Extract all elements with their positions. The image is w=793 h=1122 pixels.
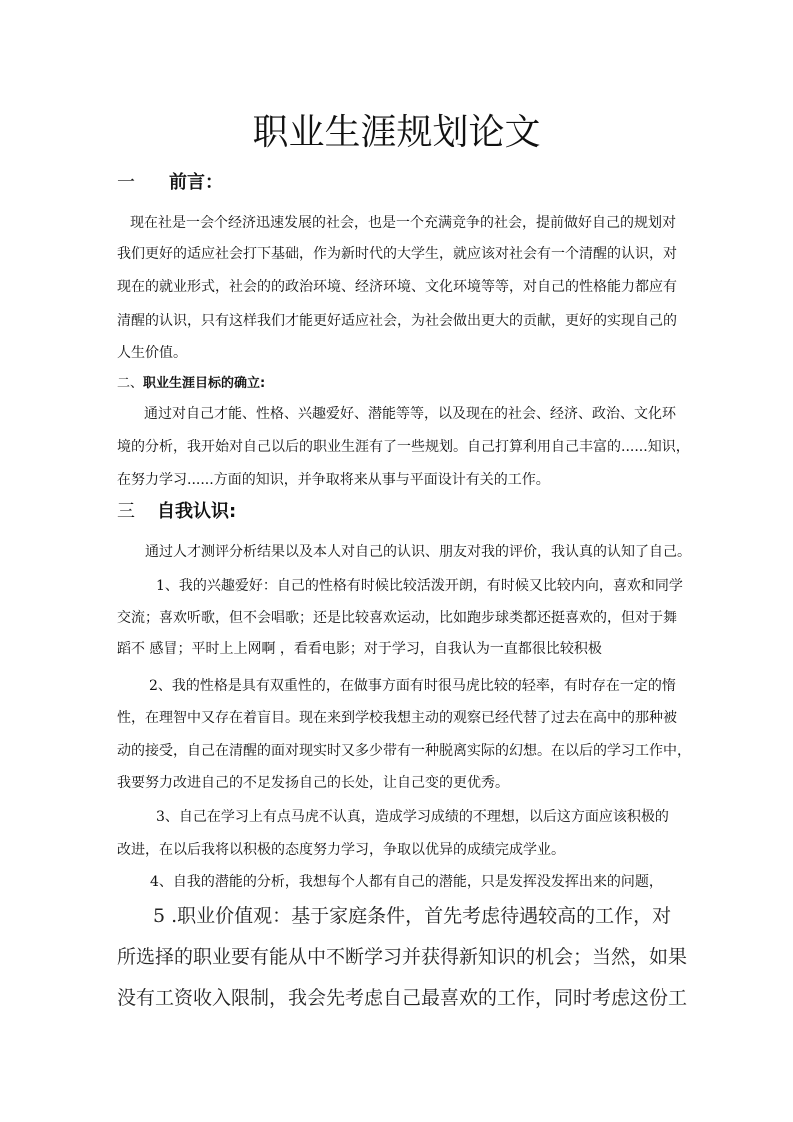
paragraph-line: 清醒的认识，只有这样我们才能更好适应社会，为社会做出更大的贡献，更好的实现自己的 [117, 312, 677, 330]
document-page: 职业生涯规划论文 一前言： 现在社是一会个经济迅速发展的社会，也是一个充满竞争的… [0, 0, 793, 1122]
list-item-line: 1、我的兴趣爱好：自己的性格有时候比较活泼开朗，有时候又比较内向，喜欢和同学 [156, 577, 716, 595]
paragraph-line: 人生价值。 [117, 344, 677, 362]
paragraph-line: 通过人才测评分析结果以及本人对自己的认识、朋友对我的评价，我认真的认知了自己。 [145, 543, 705, 561]
section-2-title: 职业生涯目标的确立: [143, 376, 265, 391]
section-3-title: 自我认识: [157, 501, 236, 522]
list-item-line: 2、我的性格是具有双重性的，在做事方面有时很马虎比较的轻率，有时存在一定的惰 [149, 677, 709, 695]
list-item-line: 改进，在以后我将以积极的态度努力学习，争取以优异的成绩完成学业。 [117, 841, 677, 859]
document-title: 职业生涯规划论文 [0, 104, 793, 155]
paragraph-line: 境的分析，我开始对自己以后的职业生涯有了一些规划。自己打算利用自己丰富的....… [117, 438, 677, 456]
list-item-line: 动的接受，自己在清醒的面对现实时又多少带有一种脱离实际的幻想。在以后的学习工作中… [117, 742, 677, 760]
paragraph-line: 我们更好的适应社会打下基础，作为新时代的大学生，就应该对社会有一个清醒的认识，对 [117, 245, 677, 263]
section-3-number: 三 [117, 497, 157, 523]
list-item-line: 4、自我的潜能的分析，我想每个人都有自己的潜能，只是发挥没发挥出来的问题， [150, 873, 710, 891]
list-item-line: 所选择的职业要有能从中不断学习并获得新知识的机会；当然，如果 [117, 945, 677, 969]
paragraph-line: 通过对自己才能、性格、兴趣爱好、潜能等等，以及现在的社会、经济、政治、文化环 [144, 405, 704, 423]
section-3-heading: 三自我认识: [117, 497, 236, 523]
list-item-line: 没有工资收入限制，我会先考虑自己最喜欢的工作，同时考虑这份工 [117, 986, 677, 1010]
paragraph-line: 现在社是一会个经济迅速发展的社会，也是一个充满竞争的社会，提前做好自己的规划对 [130, 214, 690, 232]
section-1-title: 前言： [169, 172, 223, 193]
section-2-heading: 二、职业生涯目标的确立: [117, 372, 265, 391]
section-1-heading: 一前言： [117, 168, 223, 194]
list-item-line: 我要努力改进自己的不足发扬自己的长处，让自己变的更优秀。 [117, 774, 677, 792]
list-item-line: 5 .职业价值观：基于家庭条件，首先考虑待遇较高的工作，对 [153, 904, 713, 928]
section-2-number: 二、 [117, 376, 143, 391]
section-1-number: 一 [117, 168, 169, 194]
list-item-line: 3、自己在学习上有点马虎不认真，造成学习成绩的不理想，以后这方面应该积极的 [156, 808, 716, 826]
paragraph-line: 现在的就业形式，社会的的政治环境、经济环境、文化环境等等，对自己的性格能力都应有 [117, 278, 677, 296]
paragraph-line: 在努力学习......方面的知识，并争取将来从事与平面设计有关的工作。 [117, 471, 677, 489]
list-item-line: 性，在理智中又存在着盲目。现在来到学校我想主动的观察已经代替了过去在高中的那种被 [117, 709, 677, 727]
list-item-line: 蹈不 感冒；平时上上网啊 ，看看电影；对于学习，自我认为一直都很比较积极 [117, 640, 677, 658]
list-item-line: 交流；喜欢听歌，但不会唱歌；还是比较喜欢运动，比如跑步球类都还挺喜欢的，但对于舞 [117, 609, 677, 627]
